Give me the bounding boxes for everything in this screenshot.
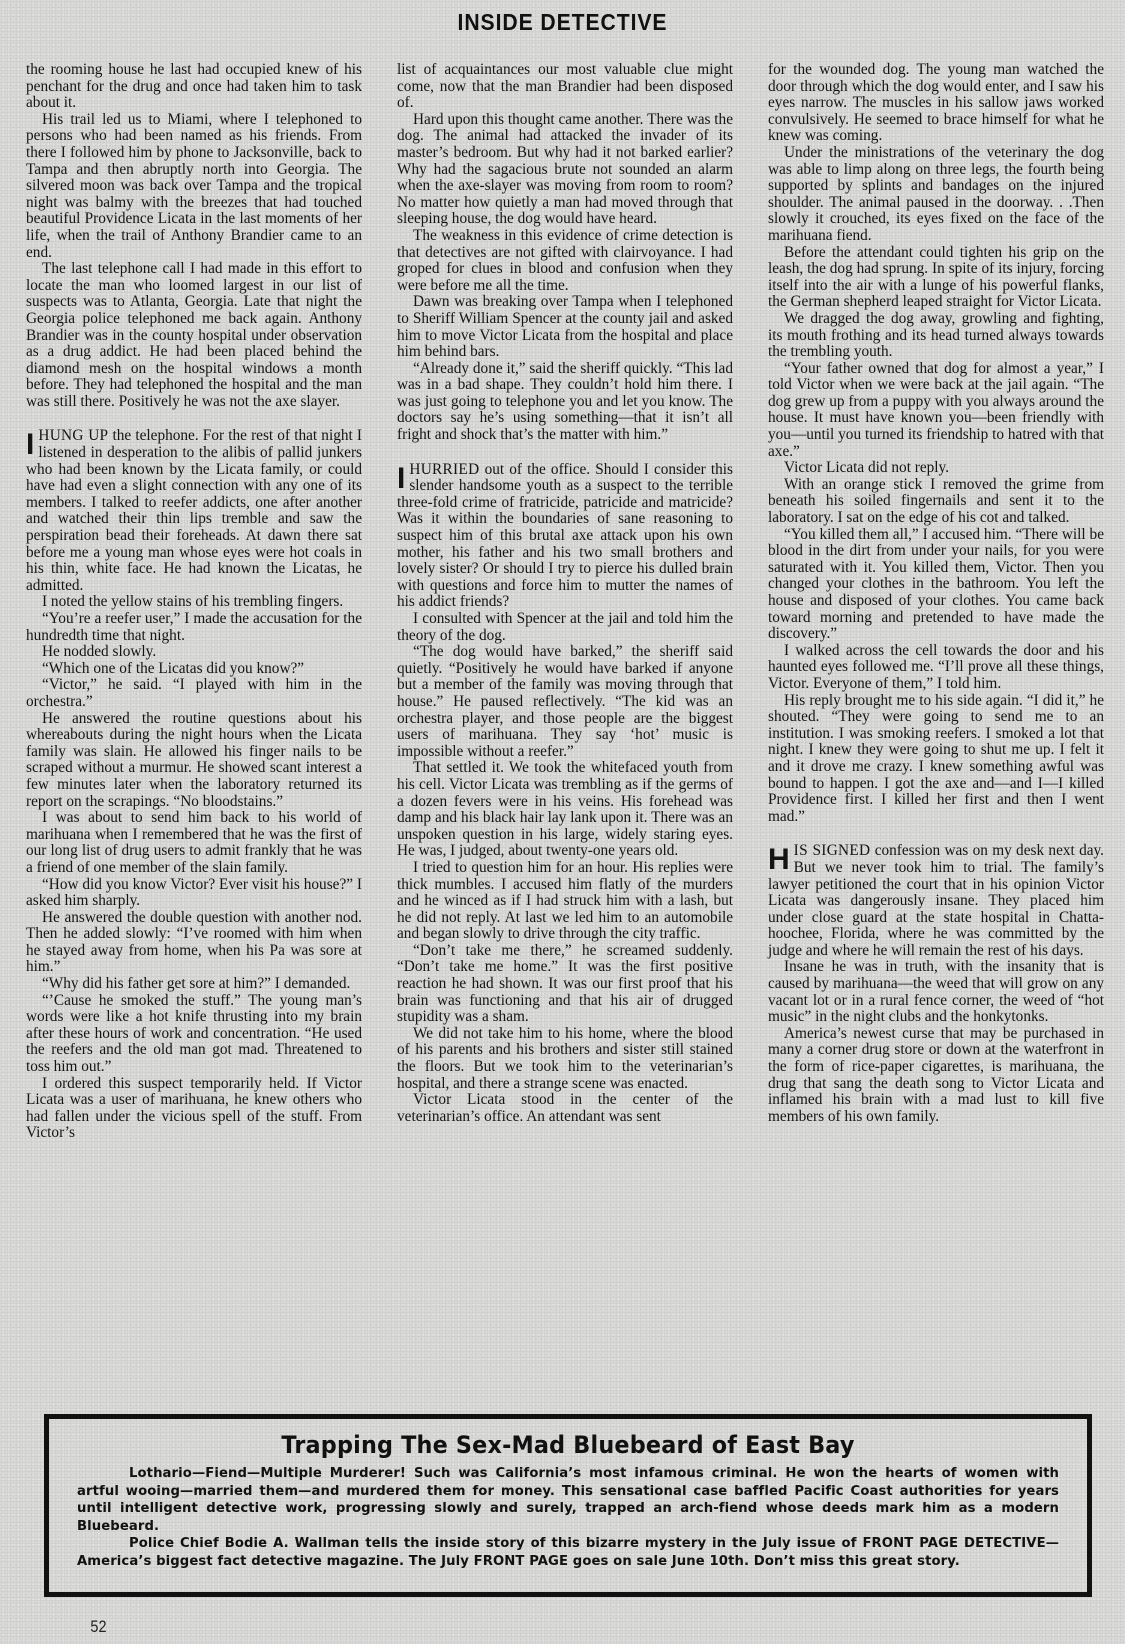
article-column-2: list of acquaintances our most valuable … [397, 62, 733, 1142]
promo-headline: Trapping The Sex-Mad Bluebeard of East B… [111, 1431, 1024, 1459]
paragraph: “How did you know Victor? Ever visit his… [26, 877, 362, 910]
paragraph: I tried to question him for an hour. His… [397, 860, 733, 943]
promo-advertisement-box: Trapping The Sex-Mad Bluebeard of East B… [44, 1414, 1092, 1597]
paragraph: “You killed them all,” I accused him. “T… [768, 527, 1104, 643]
running-header-magazine-title: INSIDE DETECTIVE [45, 9, 1080, 36]
paragraph: “Already done it,” said the sheriff quic… [397, 361, 733, 444]
paragraph: Dawn was breaking over Tampa when I tele… [397, 294, 733, 360]
paragraph: I consulted with Spencer at the jail and… [397, 611, 733, 644]
paragraph: list of acquaintances our most valuable … [397, 62, 733, 112]
section-paragraph: IHUNG UP the telephone. For the rest of … [26, 428, 362, 594]
paragraph: His reply brought me to his side again. … [768, 693, 1104, 826]
paragraph: “Your father owned that dog for almost a… [768, 361, 1104, 461]
paragraph: Insane he was in truth, with the insanit… [768, 959, 1104, 1025]
section-paragraph: IHURRIED out of the office. Should I con… [397, 462, 733, 611]
paragraph: The last telephone call I had made in th… [26, 261, 362, 410]
section-paragraph: HIS SIGNED confession was on my desk nex… [768, 843, 1104, 959]
paragraph: The weakness in this evidence of crime d… [397, 228, 733, 294]
paragraph: “Why did his father get sore at him?” I … [26, 976, 362, 993]
paragraph: I ordered this suspect temporarily held.… [26, 1076, 362, 1142]
paragraph: With an orange stick I removed the grime… [768, 477, 1104, 527]
paragraph: “Don’t take me there,” he screamed sud­d… [397, 943, 733, 1026]
paragraph: the rooming house he last had occupied k… [26, 62, 362, 112]
page-number: 52 [90, 1617, 106, 1637]
paragraph: Hard upon this thought came another. The… [397, 112, 733, 228]
drop-cap: I [26, 431, 34, 459]
drop-cap: H [768, 846, 790, 874]
paragraph: America’s newest curse that may be pur­c… [768, 1026, 1104, 1126]
paragraph: Victor Licata did not reply. [768, 460, 1104, 477]
paragraph: His trail led us to Miami, where I tele­… [26, 112, 362, 261]
paragraph: He answered the routine questions about … [26, 711, 362, 811]
article-column-1: the rooming house he last had occupied k… [26, 62, 362, 1142]
article-column-3: for the wounded dog. The young man watch… [768, 62, 1104, 1142]
paragraph: for the wounded dog. The young man watch… [768, 62, 1104, 145]
promo-paragraph: Police Chief Bodie A. Wallman tells the … [77, 1535, 1059, 1570]
paragraph: Before the attendant could tighten his g… [768, 245, 1104, 311]
section-lead-in: HUNG UP [38, 427, 108, 444]
paragraph: He answered the double question with ano… [26, 910, 362, 976]
paragraph-text: confession was on my desk next day. But … [768, 842, 1104, 959]
paragraph: “Victor,” he said. “I played with him in… [26, 677, 362, 710]
paragraph: That settled it. We took the white­faced… [397, 760, 733, 860]
promo-paragraph: Lothario—Fiend—Multiple Murderer! Such w… [77, 1465, 1059, 1535]
section-lead-in: HURRIED [409, 461, 479, 478]
paragraph: Victor Licata stood in the center of the… [397, 1092, 733, 1125]
paragraph: “The dog would have barked,” the sheriff… [397, 644, 733, 760]
paragraph: I walked across the cell towards the doo… [768, 643, 1104, 693]
section-lead-in: IS SIGNED [794, 842, 871, 859]
paragraph: “You’re a reefer user,” I made the accu­… [26, 611, 362, 644]
paragraph: We did not take him to his home, where t… [397, 1026, 733, 1092]
paragraph-text: the telephone. For the rest of that nigh… [26, 427, 362, 593]
paragraph-text: out of the office. Should I consider thi… [397, 461, 733, 611]
paragraph: He nodded slowly. [26, 644, 362, 661]
article-body: the rooming house he last had occupied k… [26, 62, 1104, 1142]
paragraph: “’Cause he smoked the stuff.” The young … [26, 993, 362, 1076]
paragraph: I noted the yellow stains of his trembli… [26, 594, 362, 611]
paragraph: Under the ministrations of the veterinar… [768, 145, 1104, 245]
paragraph: I was about to send him back to his worl… [26, 810, 362, 876]
drop-cap: I [397, 465, 405, 493]
paragraph: We dragged the dog away, growling and fi… [768, 311, 1104, 361]
paragraph: “Which one of the Licatas did you know?” [26, 661, 362, 678]
